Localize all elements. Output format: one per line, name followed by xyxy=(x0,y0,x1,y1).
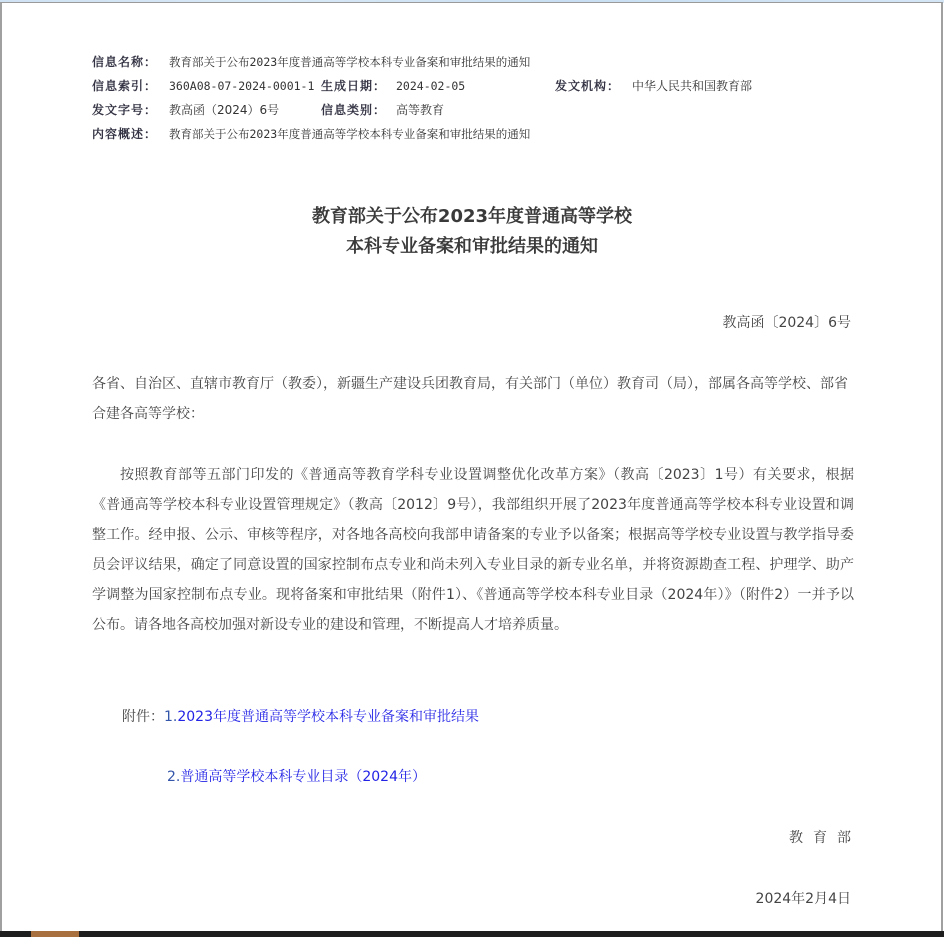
attachment-1-link[interactable]: 2023年度普通高等学校本科专业备案和审批结果 xyxy=(177,709,479,725)
salutation: 各省、自治区、直辖市教育厅（教委），新疆生产建设兵团教育局，有关部门（单位）教育… xyxy=(92,369,854,429)
meta-value-issuing-agency: 中华人民共和国教育部 xyxy=(632,74,752,98)
meta-label-index: 信息索引： xyxy=(92,74,157,98)
meta-value-index: 360A08-07-2024-0001-1 xyxy=(169,74,314,98)
meta-label-summary: 内容概述： xyxy=(92,122,157,146)
meta-value-category: 高等教育 xyxy=(396,98,444,122)
attachments-label: 附件： xyxy=(122,709,164,725)
meta-value-generated-date: 2024-02-05 xyxy=(396,74,465,98)
meta-value-summary: 教育部关于公布2023年度普通高等学校本科专业备案和审批结果的通知 xyxy=(169,122,530,146)
attachment-1-number: 1. xyxy=(164,709,177,725)
document-title: 教育部关于公布2023年度普通高等学校 本科专业备案和审批结果的通知 xyxy=(0,202,944,262)
title-line-2: 本科专业备案和审批结果的通知 xyxy=(0,232,944,262)
meta-label-category: 信息类别： xyxy=(321,98,386,122)
title-line-1: 教育部关于公布2023年度普通高等学校 xyxy=(0,202,944,232)
attachment-2-number: 2. xyxy=(167,769,180,785)
meta-label-doc-number: 发文字号： xyxy=(92,98,157,122)
attachment-row-2: 2.普通高等学校本科专业目录（2024年） xyxy=(167,766,426,788)
attachment-2-link[interactable]: 普通高等学校本科专业目录（2024年） xyxy=(180,769,426,785)
document-number: 教高函〔2024〕6号 xyxy=(722,312,851,334)
attachment-row-1: 附件：1.2023年度普通高等学校本科专业备案和审批结果 xyxy=(122,706,479,728)
signature-issuer: 教育部 xyxy=(789,827,861,849)
meta-label-info-name: 信息名称： xyxy=(92,50,157,74)
meta-value-info-name: 教育部关于公布2023年度普通高等学校本科专业备案和审批结果的通知 xyxy=(169,50,530,74)
active-task-indicator xyxy=(31,931,79,937)
meta-label-generated-date: 生成日期： xyxy=(321,74,386,98)
body-paragraph: 按照教育部等五部门印发的《普通高等教育学科专业设置调整优化改革方案》（教高〔20… xyxy=(92,460,854,640)
taskbar-strip xyxy=(0,931,944,937)
meta-label-issuing-agency: 发文机构： xyxy=(555,74,620,98)
signature-date: 2024年2月4日 xyxy=(756,888,851,910)
meta-value-doc-number: 教高函（2024）6号 xyxy=(169,98,279,122)
